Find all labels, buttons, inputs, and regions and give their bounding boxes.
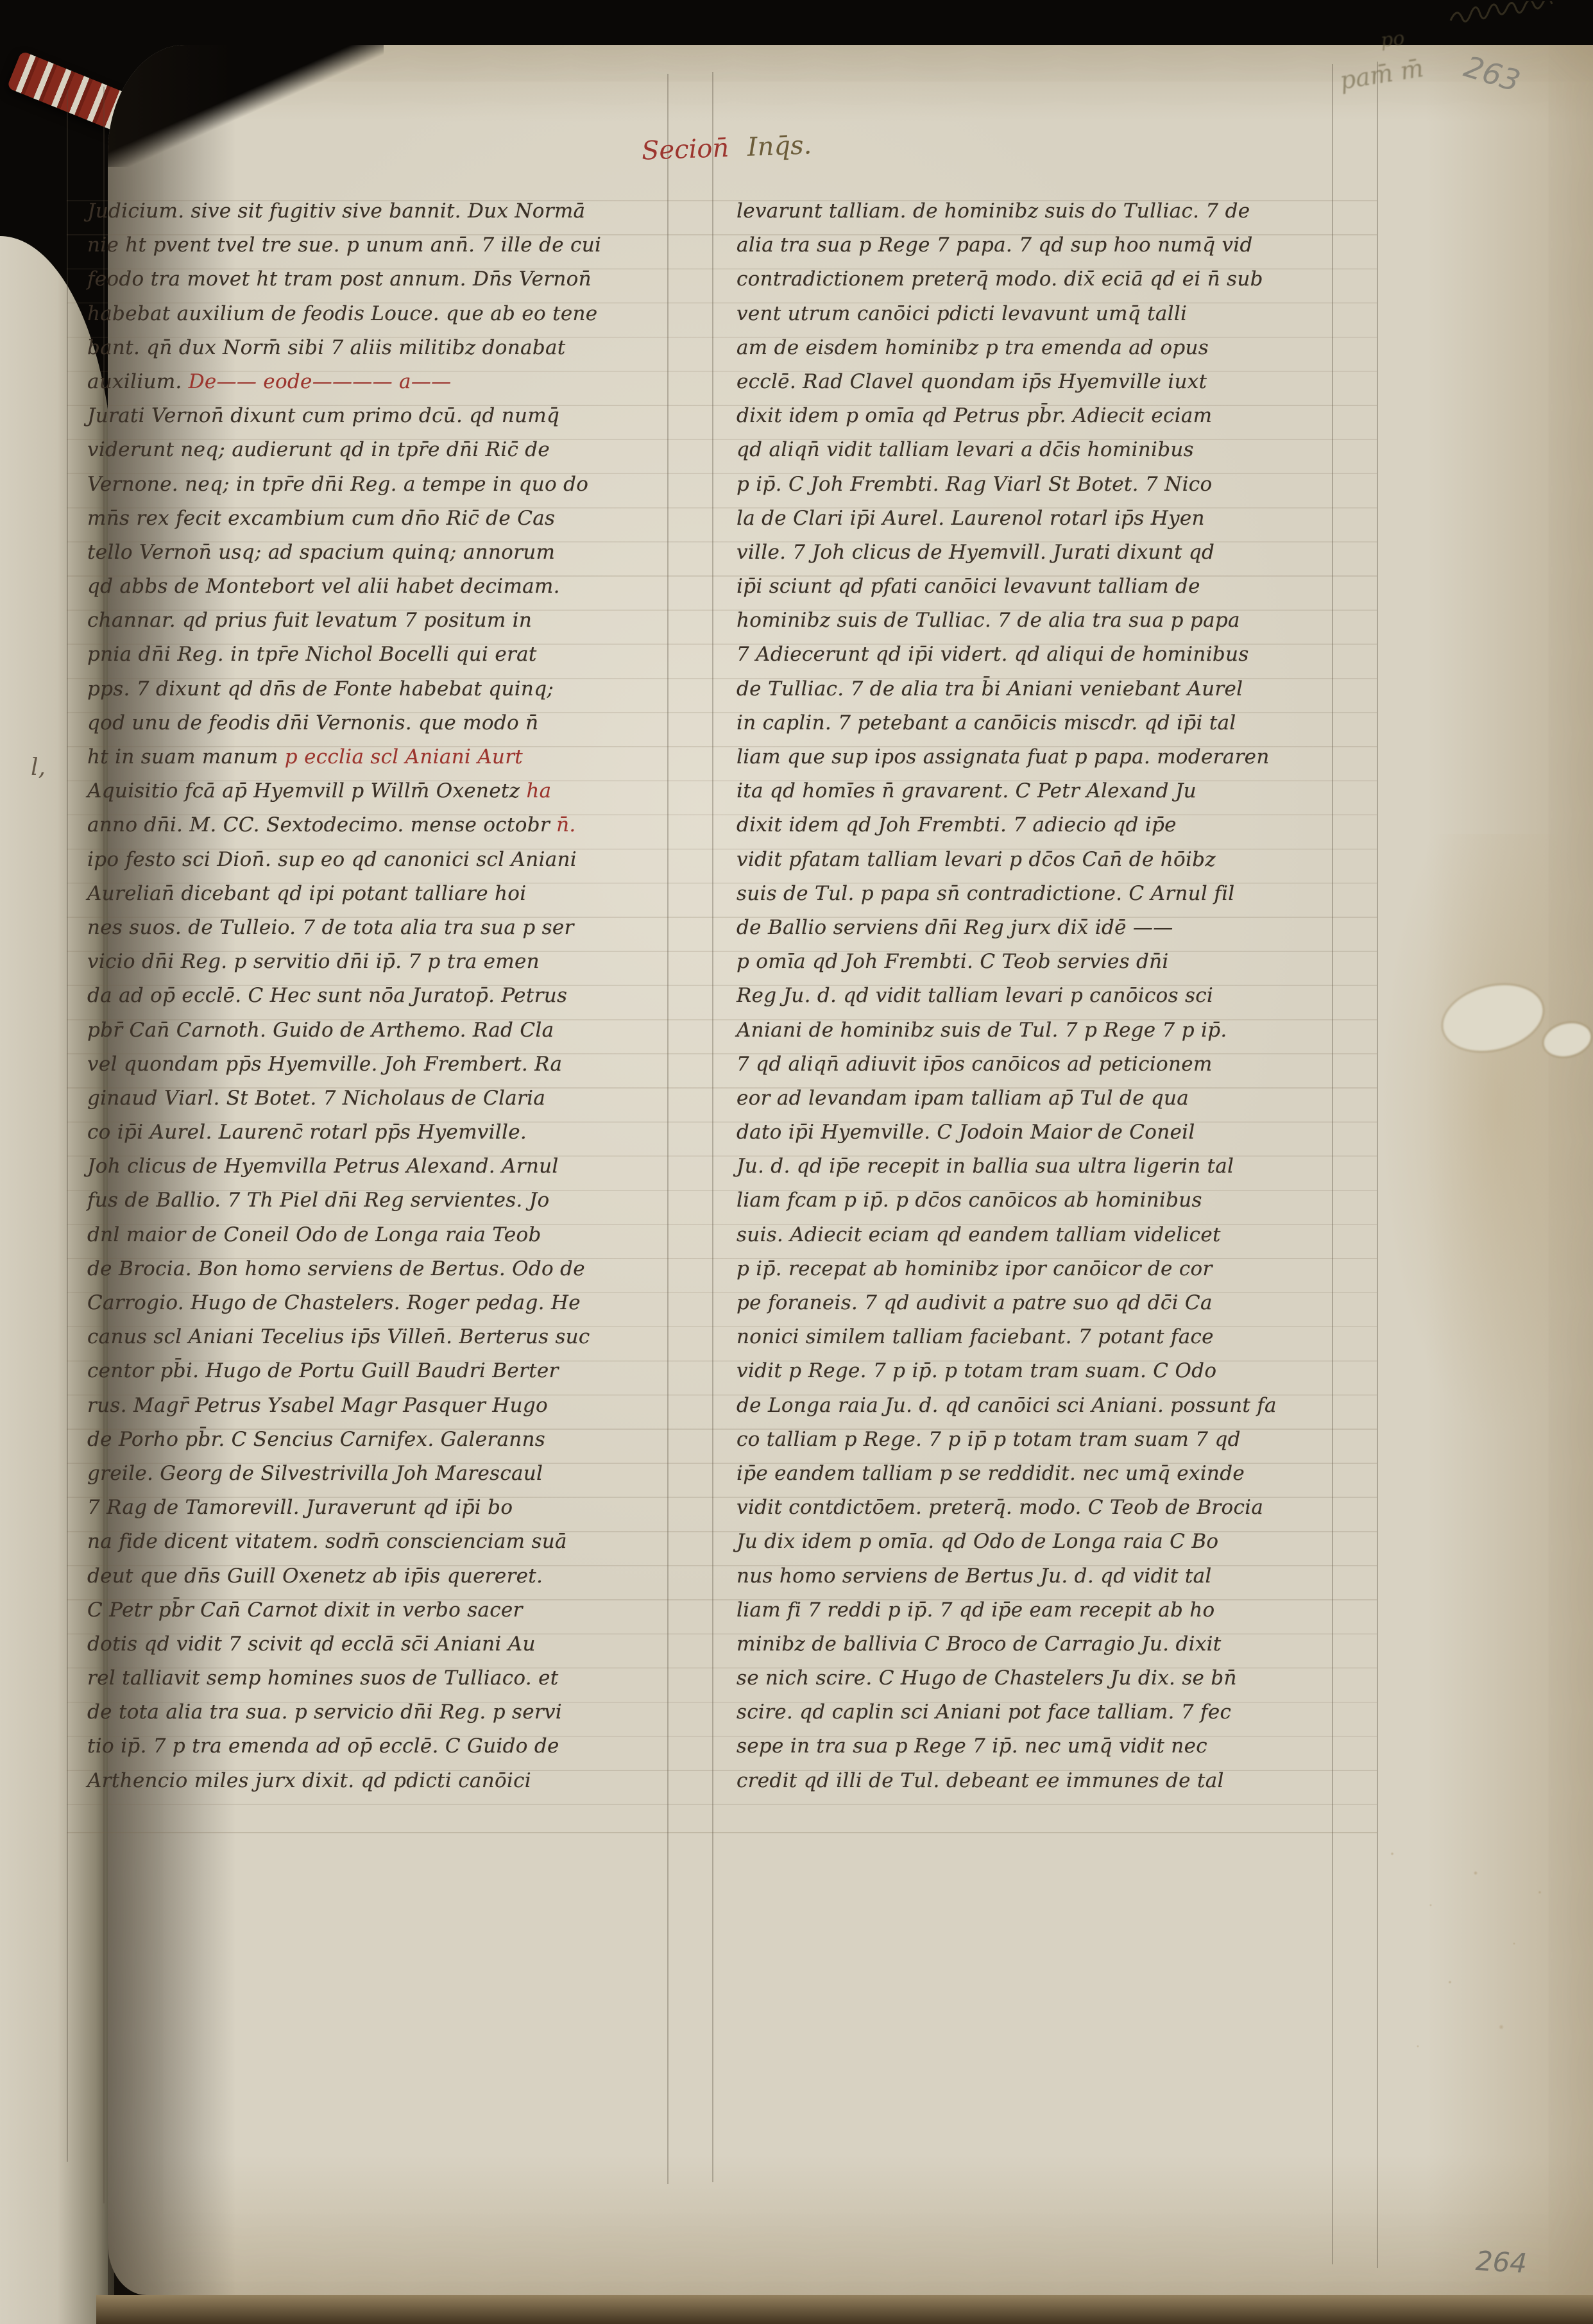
manuscript-line: nes suos. de Tulleio. 7 de tota alia tra… xyxy=(87,916,669,950)
manuscript-line: pbr̄ Can̄ Carnoth. Guido de Arthemo. Rad… xyxy=(87,1019,669,1053)
manuscript-line: credit qd illi de Tul. debeant ee immune… xyxy=(737,1769,1333,1803)
text-column-left: Judicium. sive sit fugitiv sive bannit. … xyxy=(87,199,669,1803)
manuscript-line: de Porho pb̄r. C Sencius Carnifex. Galer… xyxy=(87,1428,669,1462)
manuscript-line: fus de Ballio. 7 Th Piel dn̄i Reg servie… xyxy=(87,1189,669,1223)
manuscript-line: p omīa qd Joh Frembti. C Teob servies d… xyxy=(737,950,1333,984)
manuscript-line: 7 qd aliqn̄ adiuvit ip̄os canōicos ad p… xyxy=(737,1053,1333,1087)
manuscript-line: Aniani de hominibz suis de Tul. 7 p Rege… xyxy=(737,1019,1333,1053)
running-title: Secion̄ Inq̄s. xyxy=(641,130,812,165)
page-top-shadow xyxy=(108,45,384,167)
running-title-ink: Inq̄s. xyxy=(747,130,812,162)
manuscript-line: vent utrum canōici pdicti levavunt umq̄… xyxy=(737,302,1333,336)
ruling-bottom-line xyxy=(67,1832,1377,1833)
manuscript-line: scire. qd caplin sci Aniani pot face tal… xyxy=(737,1701,1333,1735)
manuscript-line: 7 Rag de Tamorevill. Juraverunt qd ip̄i … xyxy=(87,1496,669,1530)
manuscript-line: liam fi 7 reddi p ip̄. 7 qd ip̄e eam rec… xyxy=(737,1599,1333,1633)
manuscript-line: dixit idem p omīa qd Petrus pb̄r. Adiec… xyxy=(737,404,1333,438)
margin-mark: l, xyxy=(31,754,46,781)
manuscript-line: canus scl Aniani Tecelius ip̄s Villen̄. … xyxy=(87,1325,669,1359)
manuscript-line: Jurati Vernon̄ dixunt cum primo dcū. qd… xyxy=(87,404,669,438)
manuscript-line: contradictionem preterq̄ modo. dix̄ ecia… xyxy=(737,267,1333,301)
manuscript-line: Aquisitio fcā ap̄ Hyemvill p Willm̄ Oxe… xyxy=(87,779,669,813)
manuscript-line: vidit contdictōem. preterq̄. modo. C Te… xyxy=(737,1496,1333,1530)
foxing-spots xyxy=(1373,1815,1591,2098)
manuscript-line: Ju. d. qd ip̄e recepit in ballia sua ult… xyxy=(737,1155,1333,1189)
manuscript-line: ecclē. Rad Clavel quondam ip̄s Hyemvill… xyxy=(737,370,1333,404)
manuscript-line: vidit pfatam talliam levari p dc̄os Can̄… xyxy=(737,848,1333,882)
manuscript-line: vidit p Rege. 7 p ip̄. p totam tram suam… xyxy=(737,1359,1333,1393)
manuscript-line: qd aliqn̄ vidit talliam levari a dc̄is h… xyxy=(737,438,1333,472)
manuscript-line: Carrogio. Hugo de Chastelers. Roger peda… xyxy=(87,1291,669,1325)
manuscript-line: de Ballio serviens dn̄i Reg jurx dix̄ id… xyxy=(737,916,1333,950)
manuscript-line: p ip̄. C Joh Frembti. Rag Viarl St Botet… xyxy=(737,473,1333,507)
manuscript-line: C Petr pb̄r Can̄ Carnot dixit in verbo s… xyxy=(87,1599,669,1633)
manuscript-line: am de eisdem hominibz p tra emenda ad op… xyxy=(737,336,1333,370)
rubric-text: De—— eode———— a—— xyxy=(189,370,452,393)
edge-scribble-decoration xyxy=(1447,1,1589,27)
manuscript-line: co talliam p Rege. 7 p ip̄ p totam tram … xyxy=(737,1428,1333,1462)
manuscript-line: dnl maior de Coneil Odo de Longa raia Te… xyxy=(87,1223,669,1257)
manuscript-line: pnia dn̄i Reg. in tpr̄e Nichol Bocelli q… xyxy=(87,643,669,677)
manuscript-line: ipo festo sci Dion̄. sup eo qd canonici … xyxy=(87,848,669,882)
manuscript-line: rel talliavit semp homines suos de Tulli… xyxy=(87,1667,669,1701)
manuscript-line: habebat auxilium de feodis Louce. que ab… xyxy=(87,302,669,336)
rubric-text: n̄. xyxy=(556,813,575,836)
manuscript-line: ville. 7 Joh clicus de Hyemvill. Jurati … xyxy=(737,541,1333,575)
manuscript-line: dixit idem qd Joh Frembti. 7 adiecio qd … xyxy=(737,813,1333,847)
manuscript-line: minibz de ballivia C Broco de Carragio J… xyxy=(737,1633,1333,1667)
manuscript-line: anno dn̄i. M. CC. Sextodecimo. mense oct… xyxy=(87,813,669,847)
manuscript-line: co ip̄i Aurel. Laurenc̄ rotarl pp̄s Hyem… xyxy=(87,1121,669,1155)
manuscript-line: sepe in tra sua p Rege 7 ip̄. nec umq̄ v… xyxy=(737,1735,1333,1768)
manuscript-line: Arthencio miles jurx dixit. qd pdicti ca… xyxy=(87,1769,669,1803)
manuscript-line: vel quondam pp̄s Hyemville. Joh Frembert… xyxy=(87,1053,669,1087)
manuscript-line: ht in suam manum p ecclia scl Aniani Aur… xyxy=(87,745,669,779)
manuscript-line: Ju dix idem p omīa. qd Odo de Longa rai… xyxy=(737,1530,1333,1564)
manuscript-line: ip̄i sciunt qd pfati canōici levavunt t… xyxy=(737,575,1333,609)
manuscript-line: liam que sup ipos assignata fuat p papa.… xyxy=(737,745,1333,779)
manuscript-line: Vernone. neq; in tpr̄e dn̄i Reg. a tempe… xyxy=(87,473,669,507)
manuscript-line: pe foraneis. 7 qd audivit a patre suo qd… xyxy=(737,1291,1333,1325)
manuscript-line: suis. Adiecit eciam qd eandem talliam vi… xyxy=(737,1223,1333,1257)
manuscript-line: pps. 7 dixunt qd dn̄s de Fonte habebat q… xyxy=(87,677,669,711)
manuscript-line: nonici similem talliam faciebant. 7 pota… xyxy=(737,1325,1333,1359)
manuscript-line: qd abbs de Montebort vel alii habet deci… xyxy=(87,575,669,609)
manuscript-line: Aurelian̄ dicebant qd ipi potant talliar… xyxy=(87,882,669,916)
manuscript-line: tello Vernon̄ usq; ad spacium quinq; ann… xyxy=(87,541,669,575)
ruling-vertical-line xyxy=(1377,62,1378,2268)
manuscript-line: channar. qd prius fuit levatum 7 positum… xyxy=(87,609,669,643)
top-right-scribble-1: po xyxy=(1379,27,1406,52)
manuscript-line: 7 Adiecerunt qd ip̄i vidert. qd aliqui d… xyxy=(737,643,1333,677)
manuscript-line: bant. qn̄ dux Norm̄ sibi 7 aliis militib… xyxy=(87,336,669,370)
manuscript-line: eor ad levandam ipam talliam ap̄ Tul de … xyxy=(737,1087,1333,1121)
manuscript-line: se nich scire. C Hugo de Chastelers Ju d… xyxy=(737,1667,1333,1701)
manuscript-line: tio ip̄. 7 p tra emenda ad op̄ ecclē. C… xyxy=(87,1735,669,1768)
manuscript-line: deut que dn̄s Guill Oxenetz ab ip̄is que… xyxy=(87,1565,669,1599)
ruling-vertical-line xyxy=(712,72,713,2182)
manuscript-line: levarunt talliam. de hominibz suis do Tu… xyxy=(737,199,1333,233)
manuscript-line: de Brocia. Bon homo serviens de Bertus. … xyxy=(87,1257,669,1291)
manuscript-line: alia tra sua p Rege 7 papa. 7 qd sup hoo… xyxy=(737,233,1333,267)
running-title-rubric: Secion̄ xyxy=(641,133,729,166)
rubric-text: p ecclia scl Aniani Aurt xyxy=(285,745,523,768)
manuscript-line: dotis qd vidit 7 scivit qd ecclā sc̄i A… xyxy=(87,1633,669,1667)
manuscript-line: de Tulliac. 7 de alia tra b̄i Aniani ven… xyxy=(737,677,1333,711)
manuscript-line: la de Clari ip̄i Aurel. Laurenol rotarl … xyxy=(737,507,1333,541)
manuscript-line: feodo tra movet ht tram post annum. Dn̄s… xyxy=(87,267,669,301)
ruling-vertical-line xyxy=(67,90,68,2162)
rubric-text: ha xyxy=(526,779,551,802)
manuscript-line: ginaud Viarl. St Botet. 7 Nicholaus de C… xyxy=(87,1087,669,1121)
manuscript-line: Judicium. sive sit fugitiv sive bannit. … xyxy=(87,199,669,233)
manuscript-line: hominibz suis de Tulliac. 7 de alia tra … xyxy=(737,609,1333,643)
manuscript-line: in caplin. 7 petebant a canōicis miscdr… xyxy=(737,711,1333,745)
manuscript-line: de tota alia tra sua. p servicio dn̄i Re… xyxy=(87,1701,669,1735)
folio-number-bottom: 264 xyxy=(1475,2245,1528,2279)
manuscript-line: viderunt neq; audierunt qd in tpr̄e dn̄i… xyxy=(87,438,669,472)
manuscript-line: ip̄e eandem talliam p se reddidit. nec u… xyxy=(737,1462,1333,1496)
manuscript-line: liam fcam p ip̄. p dc̄os canōicos ab ho… xyxy=(737,1189,1333,1223)
manuscript-line: Reg Ju. d. qd vidit talliam levari p can… xyxy=(737,984,1333,1018)
manuscript-line: de Longa raia Ju. d. qd canōici sci Ani… xyxy=(737,1394,1333,1428)
manuscript-line: nus homo serviens de Bertus Ju. d. qd vi… xyxy=(737,1565,1333,1599)
manuscript-line: dato ip̄i Hyemville. C Jodoin Maior de C… xyxy=(737,1121,1333,1155)
manuscript-line: centor pb̄i. Hugo de Portu Guill Baudri … xyxy=(87,1359,669,1393)
manuscript-line: auxilium. De—— eode———— a—— xyxy=(87,370,669,404)
manuscript-line: ita qd homīes n̄ gravarent. C Petr Alex… xyxy=(737,779,1333,813)
manuscript-line: na fide dicent vitatem. sodm̄ conscienci… xyxy=(87,1530,669,1564)
manuscript-line: qod unu de feodis dn̄i Vernonis. que mod… xyxy=(87,711,669,745)
text-column-right: levarunt talliam. de hominibz suis do Tu… xyxy=(737,199,1333,1803)
manuscript-photo: { "page": { "folio_number_top": "263", "… xyxy=(0,0,1593,2324)
manuscript-line: da ad op̄ ecclē. C Hec sunt nōa Jurato… xyxy=(87,984,669,1018)
manuscript-line: greile. Georg de Silvestrivilla Joh Mare… xyxy=(87,1462,669,1496)
manuscript-line: Joh clicus de Hyemvilla Petrus Alexand. … xyxy=(87,1155,669,1189)
manuscript-line: mn̄s rex fecit excambium cum dn̄o Ric̄ d… xyxy=(87,507,669,541)
page-bottom-edge xyxy=(96,2295,1593,2324)
manuscript-line: suis de Tul. p papa sn̄ contradictione. … xyxy=(737,882,1333,916)
manuscript-line: vicio dn̄i Reg. p servitio dn̄i ip̄. 7 p… xyxy=(87,950,669,984)
manuscript-line: nie ht pvent tvel tre sue. p unum ann̄. … xyxy=(87,233,669,267)
manuscript-line: p ip̄. recepat ab hominibz ipor canōico… xyxy=(737,1257,1333,1291)
manuscript-line: rus. Magr̄ Petrus Ysabel Magr Pasquer Hu… xyxy=(87,1394,669,1428)
